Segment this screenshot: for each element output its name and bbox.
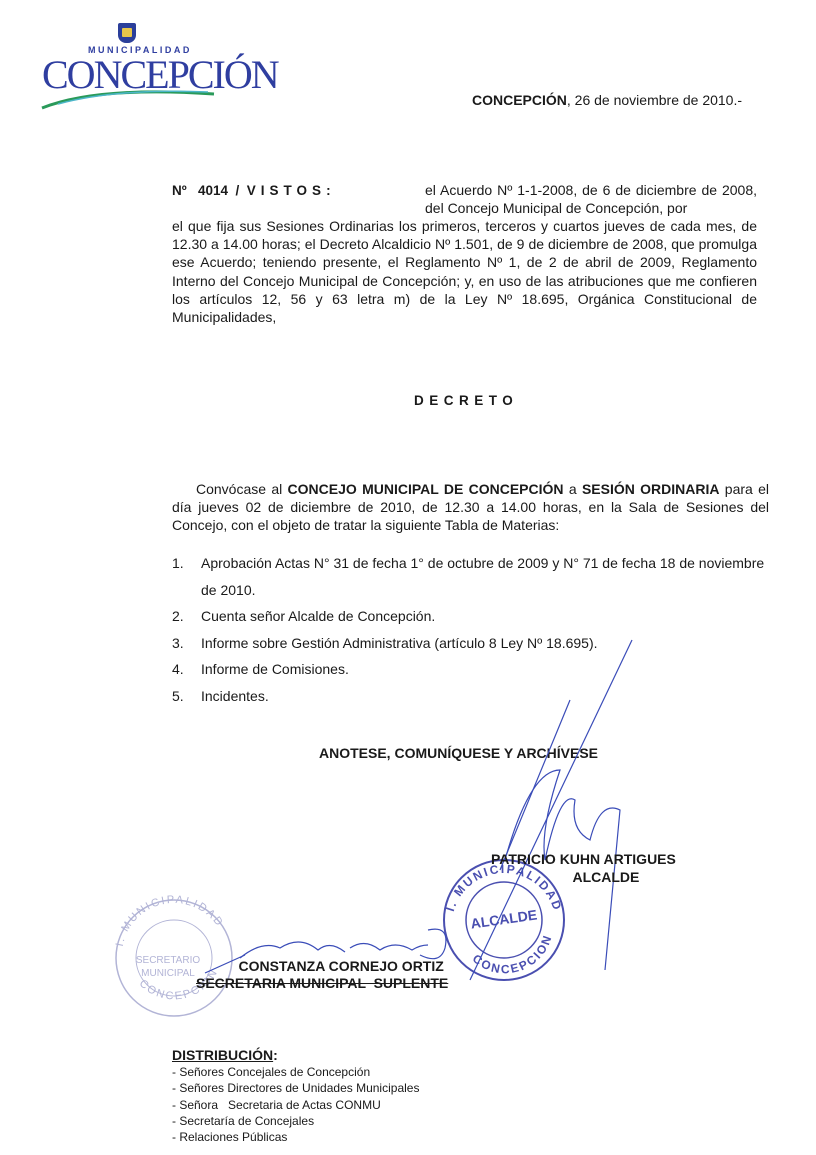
agenda-number: 3. [172,630,184,657]
agenda-item: 5.Incidentes. [172,683,772,710]
alcalde-name: PATRICIO KUHN ARTIGUES [491,851,676,867]
decree-number: 4014 [198,183,228,198]
document-date: CONCEPCIÓN, 26 de noviembre de 2010.- [472,92,742,108]
closing-formula: ANOTESE, COMUNÍQUESE Y ARCHÍVESE [319,745,598,761]
date-text: , 26 de noviembre de 2010.- [567,92,742,108]
secretaria-signature-block: CONSTANZA CORNEJO ORTIZ SECRETARIA MUNIC… [196,958,448,992]
svg-text:SECRETARIO: SECRETARIO [136,955,200,966]
svg-text:ALCALDE: ALCALDE [470,906,538,931]
svg-text:I. MUNICIPALIDAD: I. MUNICIPALIDAD [114,894,226,948]
secretaria-role: SECRETARIA MUNICIPAL SUPLENTE [196,975,448,992]
distribution-list: DISTRIBUCIÓN: - Señores Concejales de Co… [172,1046,419,1145]
distribution-item: - Relaciones Públicas [172,1129,419,1145]
distribution-item: - Señora Secretaria de Actas CONMU [172,1097,419,1113]
distribution-item: - Secretaría de Concejales [172,1113,419,1129]
secretaria-name: CONSTANZA CORNEJO ORTIZ [196,958,448,975]
alcalde-role: ALCALDE [491,868,676,886]
agenda-number: 1. [172,550,184,577]
agenda-text: Cuenta señor Alcalde de Concepción. [201,608,435,624]
alcalde-signature-block: PATRICIO KUHN ARTIGUES ALCALDE [491,850,676,886]
convocatoria-lead: Convócase al [196,481,288,497]
agenda-list: 1.Aprobación Actas N° 31 de fecha 1° de … [172,550,772,709]
number-label: Nº [172,183,187,198]
agenda-text: Incidentes. [201,688,269,704]
separator: / [236,183,240,198]
agenda-text: Informe sobre Gestión Administrativa (ar… [201,635,598,651]
vistos-body: el que fija sus Sesiones Ordinarias los … [172,217,757,326]
agenda-text: Aprobación Actas N° 31 de fecha 1° de oc… [201,555,764,598]
municipality-logo: MUNICIPALIDAD CONCEPCIÓN [38,18,223,110]
distribution-item: - Señores Directores de Unidades Municip… [172,1080,419,1096]
agenda-text: Informe de Comisiones. [201,661,349,677]
distribution-item: - Señores Concejales de Concepción [172,1064,419,1080]
vistos-first-lines: el Acuerdo Nº 1-1-2008, de 6 de diciembr… [425,181,757,217]
distribution-colon: : [273,1047,278,1063]
decreto-title: DECRETO [414,393,518,408]
convocatoria-session: SESIÓN ORDINARIA [582,481,720,497]
agenda-number: 2. [172,603,184,630]
svg-text:MUNICIPAL: MUNICIPAL [141,968,195,979]
agenda-number: 4. [172,656,184,683]
convocatoria-paragraph: Convócase al CONCEJO MUNICIPAL DE CONCEP… [172,480,769,535]
convocatoria-council: CONCEJO MUNICIPAL DE CONCEPCIÓN [288,481,564,497]
vistos-heading: VISTOS: [247,183,336,198]
agenda-item: 3.Informe sobre Gestión Administrativa (… [172,630,772,657]
agenda-item: 2.Cuenta señor Alcalde de Concepción. [172,603,772,630]
decree-number-heading: Nº 4014 / VISTOS: [172,183,336,198]
agenda-number: 5. [172,683,184,710]
convocatoria-mid: a [564,481,582,497]
agenda-item: 4.Informe de Comisiones. [172,656,772,683]
date-city: CONCEPCIÓN [472,92,567,108]
agenda-item: 1.Aprobación Actas N° 31 de fecha 1° de … [172,550,772,603]
logo-swoosh-icon [38,78,218,114]
distribution-title: DISTRIBUCIÓN [172,1047,273,1063]
svg-text:CONCEPCION: CONCEPCION [470,932,555,976]
municipal-crest-icon [118,23,136,43]
